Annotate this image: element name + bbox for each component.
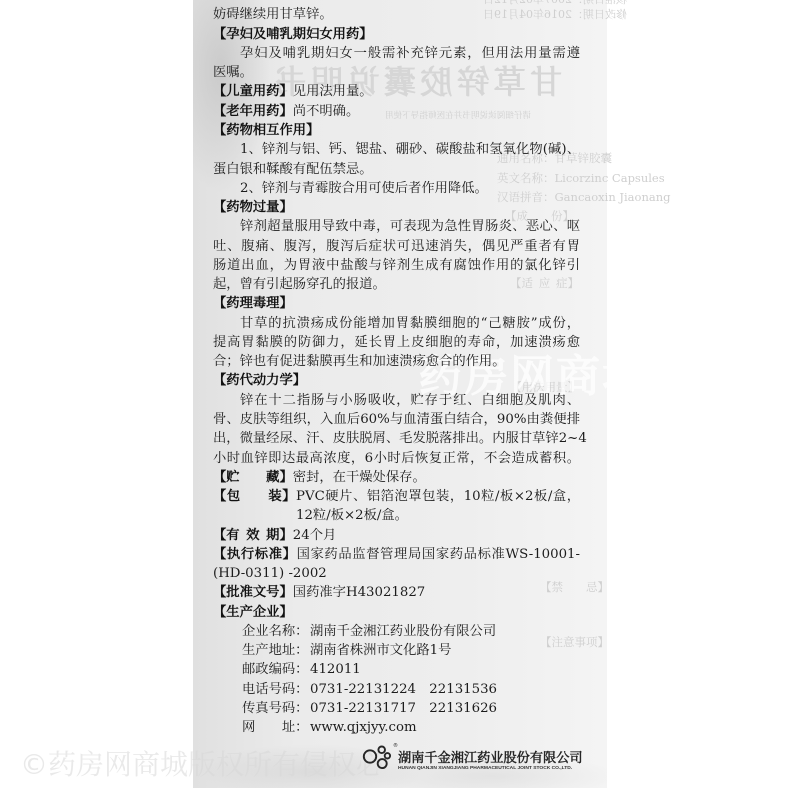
paragraph-line: 蛋白银和鞣酸有配伍禁忌。: [213, 160, 580, 179]
paragraph-line: 锌剂超量服用导致中毒，可表现为急性胃肠炎、恶心、呕: [213, 217, 580, 236]
section-heading: 【药理毒理】: [213, 296, 293, 311]
manufacturer-fax: 传真号码：0731-22131717 22131626: [213, 699, 580, 718]
section-value: 国家药品监督管理局国家药品标准WS-10001-: [297, 547, 580, 562]
heading-row: 【药物相互作用】: [213, 121, 580, 140]
field-value: 湖南千金湘江药业股份有限公司: [310, 624, 496, 639]
field-label: 网 址：: [242, 718, 310, 737]
field-label: 企业名称：: [242, 622, 310, 641]
manufacturer-company-name: 企业名称：湖南千金湘江药业股份有限公司: [213, 622, 580, 641]
paragraph-line: 骨、皮肤等组织，入血后60%与血清蛋白结合，90%由粪便排: [213, 410, 580, 429]
field-label: 生产地址：: [242, 641, 310, 660]
section-pharmacology-toxicology: 【药理毒理】 甘草的抗溃疡成份能增加胃黏膜细胞的“己糖胺”成份， 提高胃黏膜的防…: [213, 294, 580, 371]
section-heading: 【包 装】: [213, 489, 296, 504]
section-heading: 【药物相互作用】: [213, 123, 319, 138]
section-packaging: 【包 装】PVC硬片、铝箔泡罩包装，10粒/板×2板/盒， 12粒/板×2板/盒…: [213, 487, 580, 526]
section-pregnancy-lactation: 【孕妇及哺乳期妇女用药】 孕妇及哺乳期妇女一般需补充锌元素，但用法用量需遵 医嘱…: [213, 25, 580, 83]
paragraph-line: 孕妇及哺乳期妇女一般需补充锌元素，但用法用量需遵: [213, 44, 580, 63]
paragraph-line: 1、锌剂与铝、钙、锶盐、硼砂、碳酸盐和氢氧化物(碱)、: [213, 140, 580, 159]
paragraph-line: 吐、腹痛、腹泻，腹泻后症状可迅速消失，偶见严重者有胃: [213, 237, 580, 256]
field-value: 412011: [310, 662, 361, 677]
section-drug-interactions: 【药物相互作用】 1、锌剂与铝、钙、锶盐、硼砂、碳酸盐和氢氧化物(碱)、 蛋白银…: [213, 121, 580, 198]
section-manufacturer: 【生产企业】 企业名称：湖南千金湘江药业股份有限公司 生产地址：湖南省株洲市文化…: [213, 603, 580, 738]
section-shelf-life: 【有 效 期】24个月: [213, 526, 580, 545]
section-value: PVC硬片、铝箔泡罩包装，10粒/板×2板/盒，: [296, 489, 580, 504]
heading-row: 【包 装】PVC硬片、铝箔泡罩包装，10粒/板×2板/盒，: [213, 487, 580, 506]
paragraph-line: (HD-0311) -2002: [213, 564, 580, 583]
section-value: 24个月: [293, 528, 337, 543]
section-heading: 【执行标准】: [213, 547, 297, 562]
section-geriatric: 【老年用药】尚不明确。: [213, 102, 580, 121]
continuation-line: 妨碍继续用甘草锌。: [213, 5, 580, 24]
paragraph-line: 起，曾有引起肠穿孔的报道。: [213, 275, 580, 294]
section-value: 国药准字H43021827: [293, 585, 425, 600]
paragraph-line: 锌在十二指肠与小肠吸收，贮存于红、白细胞及肌肉、: [213, 391, 580, 410]
paragraph-line: 12粒/板×2板/盒。: [213, 506, 580, 525]
field-value: 湖南省株洲市文化路1号: [310, 643, 451, 658]
field-value: 0731-22131717 22131626: [310, 701, 497, 716]
heading-row: 【药代动力学】: [213, 371, 580, 390]
paragraph-line: 合；锌也有促进黏膜再生和加速溃疡愈合的作用。: [213, 352, 580, 371]
heading-row: 【药物过量】: [213, 198, 580, 217]
heading-row: 【药理毒理】: [213, 294, 580, 313]
section-value: 尚不明确。: [293, 104, 359, 119]
section-heading: 【药物过量】: [213, 200, 293, 215]
section-value: 密封，在干燥处保存。: [293, 470, 426, 485]
section-value: 见用法用量。: [293, 84, 373, 99]
manufacturer-website: 网 址：www.qjxjyy.com: [213, 718, 580, 737]
section-pediatric: 【儿童用药】见用法用量。: [213, 82, 580, 101]
paragraph-line: 小时血锌即达最高浓度，6小时后恢复正常，不会造成蓄积。: [213, 449, 580, 468]
manufacturer-address: 生产地址：湖南省株洲市文化路1号: [213, 641, 580, 660]
section-heading: 【贮 藏】: [213, 470, 293, 485]
paragraph-line: 2、锌剂与青霉胺合用可使后者作用降低。: [213, 179, 580, 198]
section-approval-number: 【批准文号】国药准字H43021827: [213, 583, 580, 602]
package-insert-text: 妨碍继续用甘草锌。 【孕妇及哺乳期妇女用药】 孕妇及哺乳期妇女一般需补充锌元素，…: [213, 5, 580, 737]
heading-row: 【孕妇及哺乳期妇女用药】: [213, 25, 580, 44]
section-heading: 【儿童用药】: [213, 84, 293, 99]
manufacturer-phone: 电话号码：0731-22131224 22131536: [213, 680, 580, 699]
section-pharmacokinetics: 【药代动力学】 锌在十二指肠与小肠吸收，贮存于红、白细胞及肌肉、 骨、皮肤等组织…: [213, 371, 580, 467]
field-label: 传真号码：: [242, 699, 310, 718]
field-label: 电话号码：: [242, 680, 310, 699]
copyright-watermark: ©药房网商城版权所有侵权必: [20, 749, 384, 781]
section-heading: 【生产企业】: [213, 605, 293, 620]
logo-company-name-cn: 湖南千金湘江药业股份有限公司: [398, 750, 583, 767]
section-standard: 【执行标准】国家药品监督管理局国家药品标准WS-10001- (HD-0311)…: [213, 545, 580, 584]
heading-row: 【执行标准】国家药品监督管理局国家药品标准WS-10001-: [213, 545, 580, 564]
paragraph-line: 出，微量经尿、汗、皮肤脱屑、毛发脱落排出。内服甘草锌2~4: [213, 429, 580, 448]
paragraph-line: 甘草的抗溃疡成份能增加胃黏膜细胞的“己糖胺”成份，: [213, 314, 580, 333]
section-heading: 【药代动力学】: [213, 373, 306, 388]
paragraph-line: 医嘱。: [213, 63, 580, 82]
heading-row: 【生产企业】: [213, 603, 580, 622]
section-heading: 【孕妇及哺乳期妇女用药】: [213, 27, 373, 42]
logo-company-name-en: HUNAN QIANJIN XIANGJIANG PHARMACEUTICAL …: [398, 766, 572, 772]
section-heading: 【老年用药】: [213, 104, 293, 119]
paragraph-line: 肠道出血，为胃液中盐酸与锌剂生成有腐蚀作用的氯化锌引: [213, 256, 580, 275]
field-label: 邮政编码：: [242, 660, 310, 679]
section-overdose: 【药物过量】 锌剂超量服用导致中毒，可表现为急性胃肠炎、恶心、呕 吐、腹痛、腹泻…: [213, 198, 580, 294]
registered-mark: ®: [393, 743, 398, 749]
section-heading: 【批准文号】: [213, 585, 293, 600]
field-value: www.qjxjyy.com: [310, 720, 417, 735]
section-heading: 【有 效 期】: [213, 528, 293, 543]
paragraph-line: 提高胃黏膜的防御力，延长胃上皮细胞的寿命，加速溃疡愈: [213, 333, 580, 352]
manufacturer-postcode: 邮政编码：412011: [213, 660, 580, 679]
section-storage: 【贮 藏】密封，在干燥处保存。: [213, 468, 580, 487]
field-value: 0731-22131224 22131536: [310, 682, 497, 697]
